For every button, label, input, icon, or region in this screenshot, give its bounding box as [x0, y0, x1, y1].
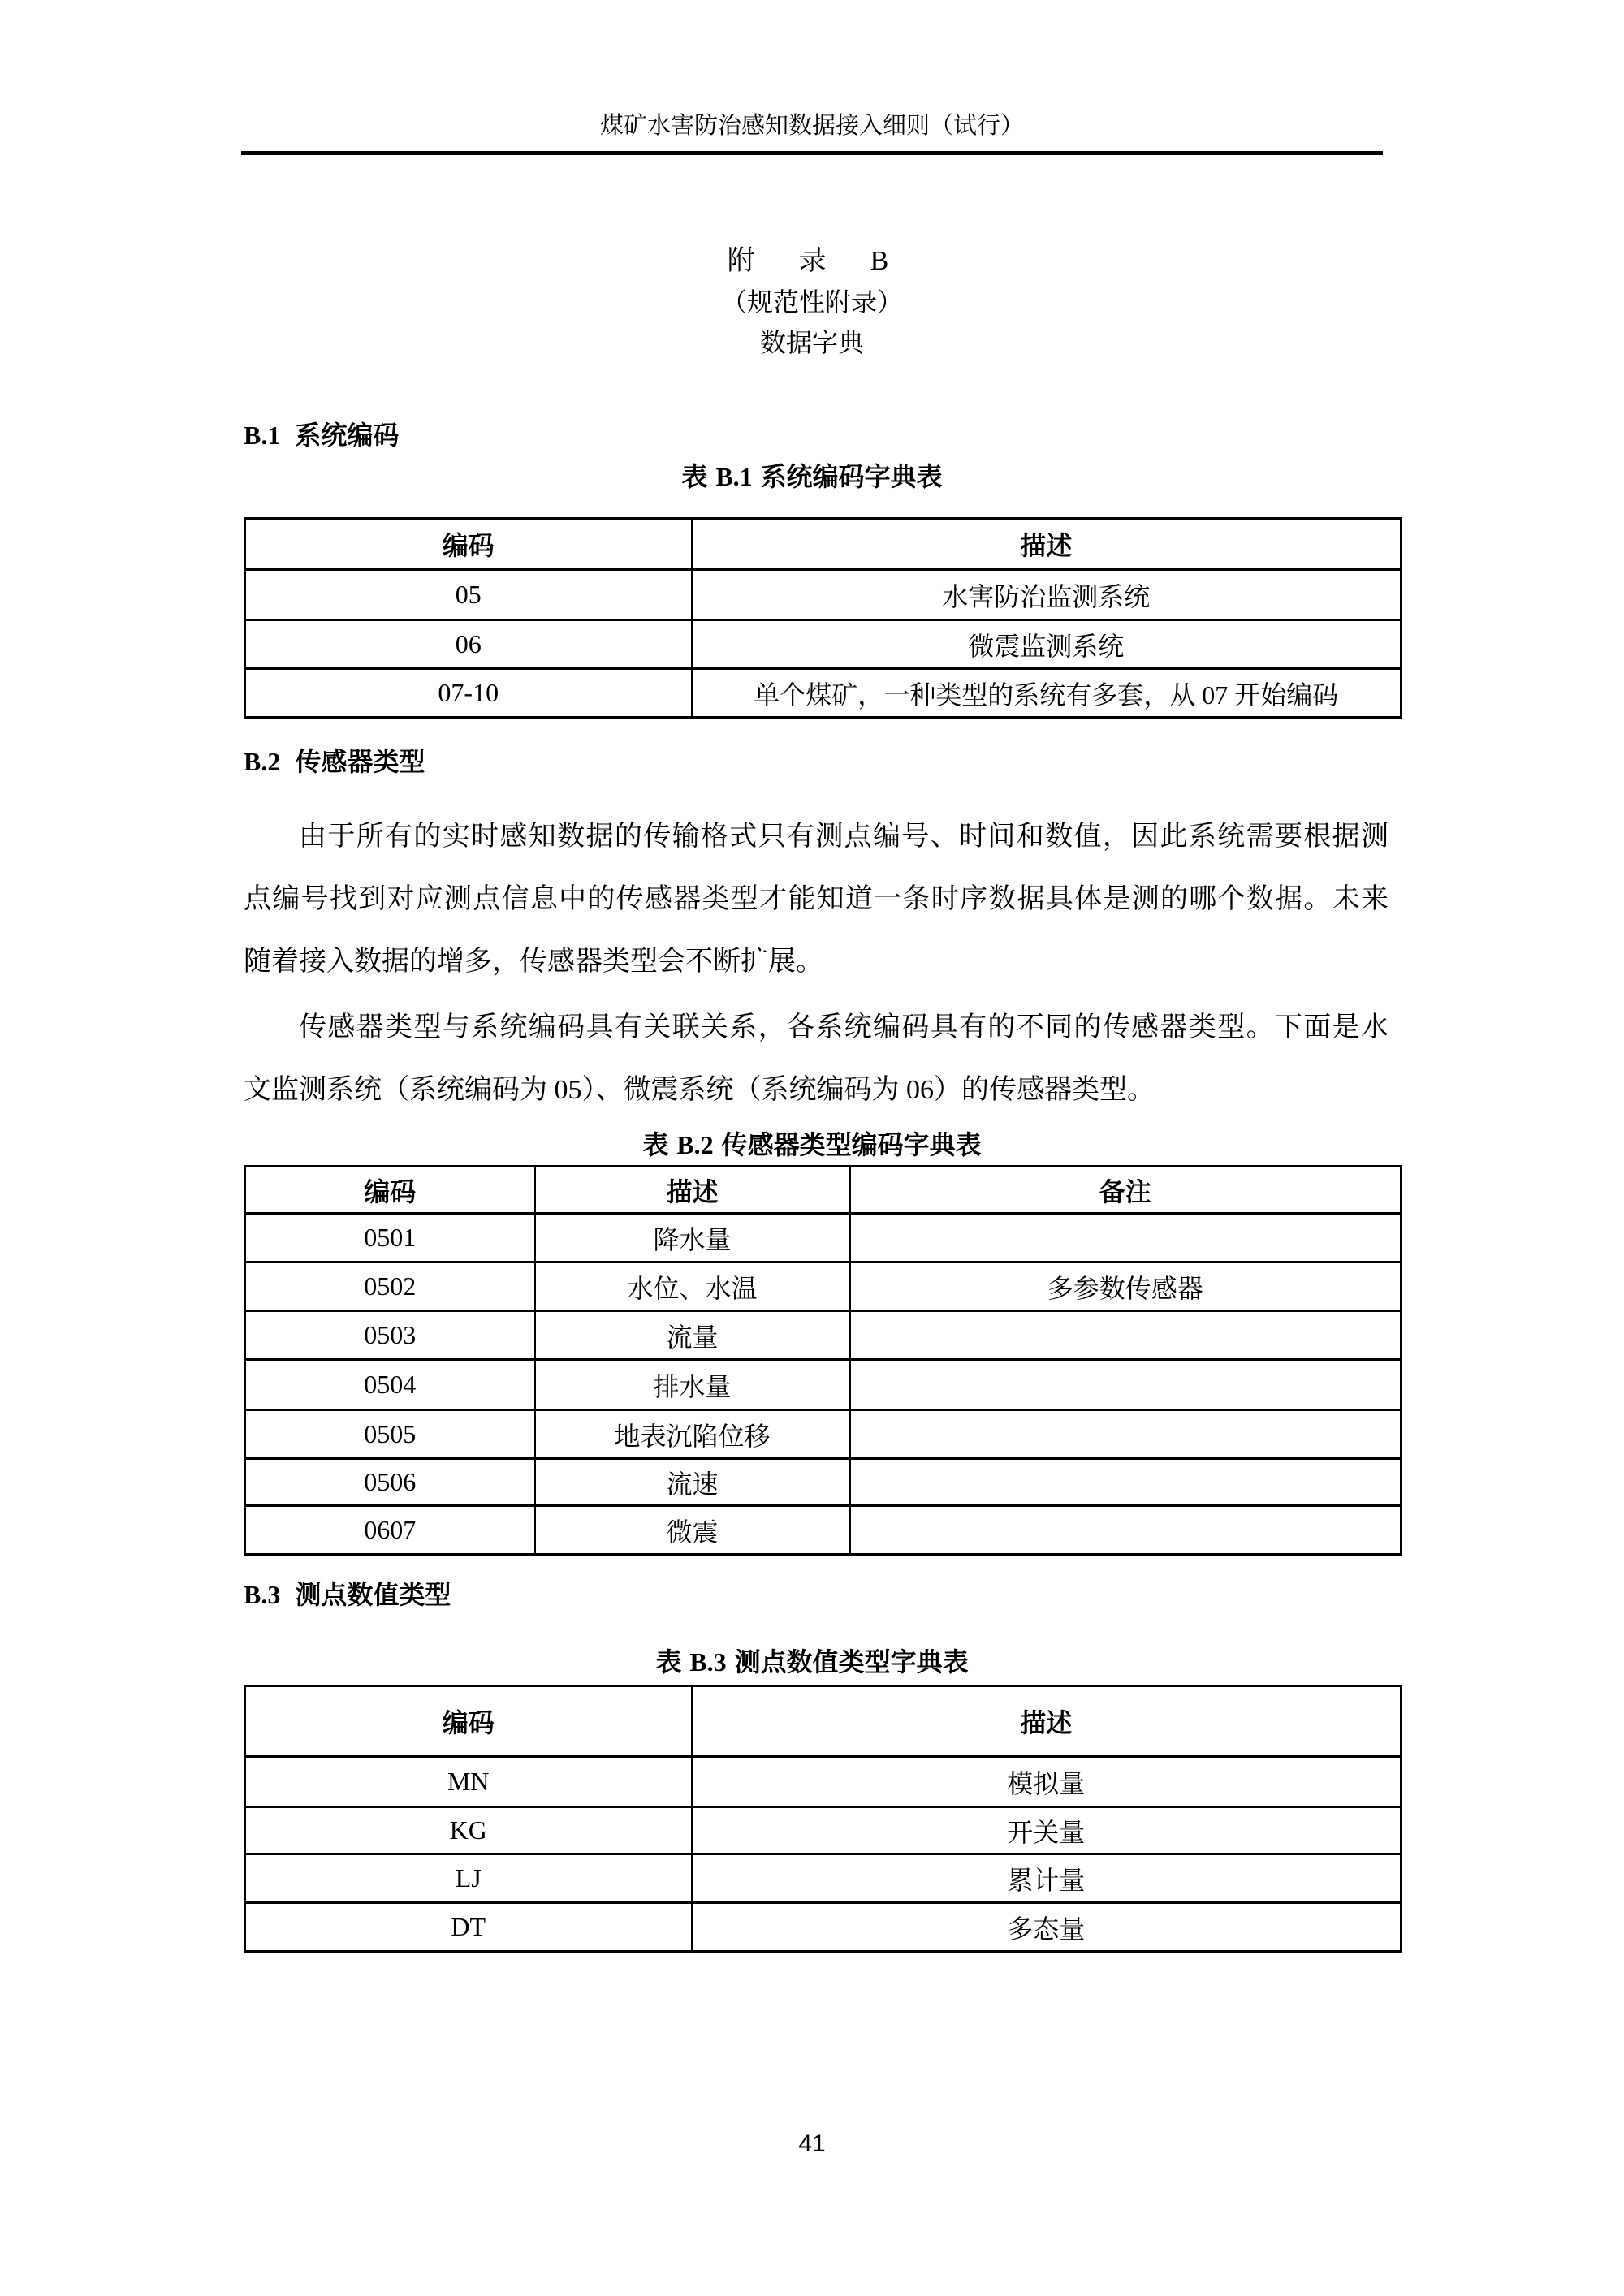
table-cell: 流速	[535, 1459, 850, 1506]
table-row: 0504 排水量	[245, 1360, 1402, 1410]
table-cell: 微震监测系统	[692, 620, 1402, 669]
table-cell: 05	[245, 570, 692, 620]
table-b1: 编码 描述 05 水害防治监测系统 06 微震监测系统 07-10 单个煤矿，一…	[244, 517, 1402, 719]
table-cell: 0506	[245, 1459, 535, 1506]
table-cell	[850, 1311, 1402, 1360]
caption-title: 测点数值类型字典表	[735, 1647, 969, 1677]
section-heading-b1: B.1系统编码	[244, 420, 399, 451]
table-caption-b1: 表B.1系统编码字典表	[0, 461, 1624, 492]
table-caption-b3: 表B.3测点数值类型字典表	[0, 1646, 1624, 1677]
table-row: MN 模拟量	[245, 1757, 1402, 1807]
caption-prefix: 表	[681, 462, 707, 491]
column-header: 描述	[535, 1167, 850, 1214]
table-row: 0503 流量	[245, 1311, 1402, 1360]
table-cell	[850, 1410, 1402, 1459]
table-cell: 0502	[245, 1262, 535, 1311]
table-row: 06 微震监测系统	[245, 620, 1402, 669]
table-row: 07-10 单个煤矿，一种类型的系统有多套，从 07 开始编码	[245, 669, 1402, 718]
page-header-title: 煤矿水害防治感知数据接入细则（试行）	[0, 110, 1624, 142]
table-cell: 水位、水温	[535, 1262, 850, 1311]
table-cell: 降水量	[535, 1214, 850, 1262]
appendix-title-block: 附 录 B （规范性附录） 数据字典	[0, 241, 1624, 363]
table-row: 0502 水位、水温 多参数传感器	[245, 1262, 1402, 1311]
table-cell: 0501	[245, 1214, 535, 1262]
table-cell: 0505	[245, 1410, 535, 1459]
table-cell: 0504	[245, 1360, 535, 1410]
caption-number: B.3	[689, 1647, 726, 1677]
table-cell: MN	[245, 1757, 692, 1807]
column-header: 描述	[692, 519, 1402, 570]
table-cell: 06	[245, 620, 692, 669]
table-cell: 多态量	[692, 1903, 1402, 1952]
table-cell: 累计量	[692, 1854, 1402, 1903]
caption-title: 传感器类型编码字典表	[722, 1130, 982, 1159]
paragraph-1: 由于所有的实时感知数据的传输格式只有测点编号、时间和数值，因此系统需要根据测 点…	[244, 805, 1389, 993]
paragraph-2: 传感器类型与系统编码具有关联关系，各系统编码具有的不同的传感器类型。下面是水 文…	[244, 996, 1389, 1121]
table-cell: 开关量	[692, 1807, 1402, 1854]
caption-prefix: 表	[655, 1647, 681, 1677]
column-header: 描述	[692, 1686, 1402, 1757]
table-cell: 0503	[245, 1311, 535, 1360]
table-caption-b2: 表B.2传感器类型编码字典表	[0, 1129, 1624, 1160]
column-header: 编码	[245, 519, 692, 570]
paragraph-line: 文监测系统（系统编码为 05）、微震系统（系统编码为 06）的传感器类型。	[244, 1059, 1389, 1121]
appendix-subtitle: （规范性附录）	[0, 282, 1624, 322]
table-cell: DT	[245, 1903, 692, 1952]
section-title: 系统编码	[295, 421, 399, 450]
table-cell	[850, 1506, 1402, 1555]
table-cell: 07-10	[245, 669, 692, 718]
table-row: LJ 累计量	[245, 1854, 1402, 1903]
table-cell: KG	[245, 1807, 692, 1854]
table-b3: 编码 描述 MN 模拟量 KG 开关量 LJ 累计量 DT 多态量	[244, 1685, 1402, 1953]
table-cell: 排水量	[535, 1360, 850, 1410]
paragraph-line: 随着接入数据的增多，传感器类型会不断扩展。	[244, 930, 1389, 993]
page-number: 41	[0, 2130, 1624, 2158]
caption-number: B.2	[676, 1130, 713, 1159]
table-row: DT 多态量	[245, 1903, 1402, 1952]
table-b2: 编码 描述 备注 0501 降水量 0502 水位、水温 多参数传感器 0503…	[244, 1165, 1402, 1556]
table-cell: 流量	[535, 1311, 850, 1360]
paragraph-line: 传感器类型与系统编码具有关联关系，各系统编码具有的不同的传感器类型。下面是水	[244, 996, 1389, 1059]
appendix-name: 数据字典	[0, 322, 1624, 363]
column-header: 编码	[245, 1686, 692, 1757]
table-row: 0501 降水量	[245, 1214, 1402, 1262]
table-row: 0505 地表沉陷位移	[245, 1410, 1402, 1459]
section-number: B.1	[244, 421, 280, 450]
section-title: 传感器类型	[295, 747, 425, 776]
section-number: B.3	[244, 1580, 280, 1609]
section-heading-b3: B.3测点数值类型	[244, 1579, 451, 1610]
caption-number: B.1	[715, 462, 752, 491]
table-cell: 地表沉陷位移	[535, 1410, 850, 1459]
table-row: 05 水害防治监测系统	[245, 570, 1402, 620]
section-heading-b2: B.2传感器类型	[244, 746, 425, 777]
table-cell: LJ	[245, 1854, 692, 1903]
table-cell	[850, 1459, 1402, 1506]
caption-prefix: 表	[642, 1130, 668, 1159]
table-cell: 微震	[535, 1506, 850, 1555]
table-cell: 多参数传感器	[850, 1262, 1402, 1311]
table-cell	[850, 1214, 1402, 1262]
header-rule	[241, 151, 1383, 155]
document-page: 煤矿水害防治感知数据接入细则（试行） 附 录 B （规范性附录） 数据字典 B.…	[0, 0, 1624, 2296]
appendix-title: 附 录 B	[0, 241, 1624, 282]
paragraph-line: 由于所有的实时感知数据的传输格式只有测点编号、时间和数值，因此系统需要根据测	[244, 805, 1389, 868]
section-number: B.2	[244, 747, 280, 776]
column-header: 备注	[850, 1167, 1402, 1214]
table-cell: 模拟量	[692, 1757, 1402, 1807]
table-cell: 0607	[245, 1506, 535, 1555]
section-title: 测点数值类型	[295, 1580, 451, 1609]
paragraph-line: 点编号找到对应测点信息中的传感器类型才能知道一条时序数据具体是测的哪个数据。未来	[244, 868, 1389, 930]
table-cell	[850, 1360, 1402, 1410]
column-header: 编码	[245, 1167, 535, 1214]
caption-title: 系统编码字典表	[761, 462, 943, 491]
table-row: 0607 微震	[245, 1506, 1402, 1555]
table-cell: 水害防治监测系统	[692, 570, 1402, 620]
table-cell: 单个煤矿，一种类型的系统有多套，从 07 开始编码	[692, 669, 1402, 718]
table-row: 0506 流速	[245, 1459, 1402, 1506]
table-row: KG 开关量	[245, 1807, 1402, 1854]
